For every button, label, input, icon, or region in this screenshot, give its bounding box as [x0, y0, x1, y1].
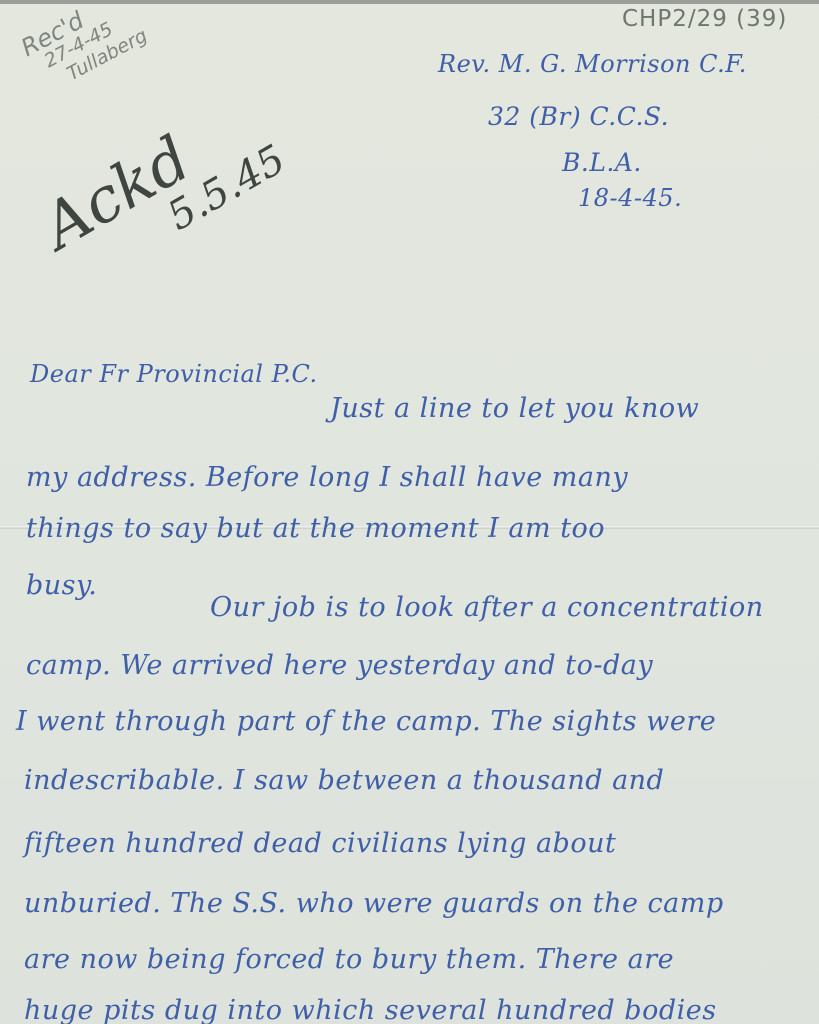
body-line: are now being forced to bury them. There…	[24, 944, 674, 975]
body-line: things to say but at the moment I am too	[26, 513, 605, 544]
sender-name: Rev. M. G. Morrison C.F.	[438, 50, 747, 78]
received-annotation: Rec'd 27-4-45 Tullaberg	[18, 0, 151, 98]
sender-force: B.L.A.	[562, 148, 642, 177]
body-line: I went through part of the camp. The sig…	[16, 706, 716, 737]
body-line: huge pits dug into which several hundred…	[24, 995, 717, 1024]
body-line: busy.	[26, 570, 97, 601]
body-line: fifteen hundred dead civilians lying abo…	[24, 828, 616, 859]
letter-date: 18-4-45.	[578, 184, 682, 212]
body-line: Our job is to look after a concentration	[210, 592, 764, 623]
letter-page: CHP2/29 (39) Rec'd 27-4-45 Tullaberg Ack…	[0, 0, 819, 1024]
body-line: unburied. The S.S. who were guards on th…	[24, 888, 724, 919]
body-line: indescribable. I saw between a thousand …	[24, 765, 664, 796]
body-line: Just a line to let you know	[330, 393, 699, 424]
body-line: camp. We arrived here yesterday and to-d…	[26, 650, 653, 681]
body-line: my address. Before long I shall have man…	[26, 462, 628, 493]
sender-unit: 32 (Br) C.C.S.	[488, 102, 669, 131]
salutation: Dear Fr Provincial P.C.	[30, 360, 318, 388]
archive-reference: CHP2/29 (39)	[622, 6, 787, 32]
